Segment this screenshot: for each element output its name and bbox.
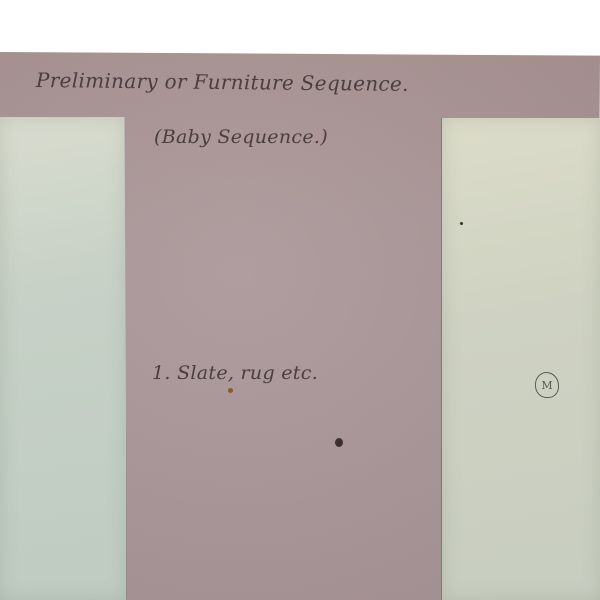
right-mounted-panel bbox=[441, 118, 600, 600]
handwritten-subtitle: (Baby Sequence.) bbox=[154, 126, 328, 148]
ink-dot bbox=[335, 438, 343, 447]
left-mounted-panel bbox=[0, 117, 127, 600]
handwritten-title: Preliminary or Furniture Sequence. bbox=[36, 68, 409, 96]
handwritten-item-note: 1. Slate, rug etc. bbox=[152, 362, 318, 384]
circled-mark-icon: M bbox=[535, 372, 559, 398]
ink-speck bbox=[460, 222, 463, 225]
rust-stain bbox=[228, 388, 233, 393]
